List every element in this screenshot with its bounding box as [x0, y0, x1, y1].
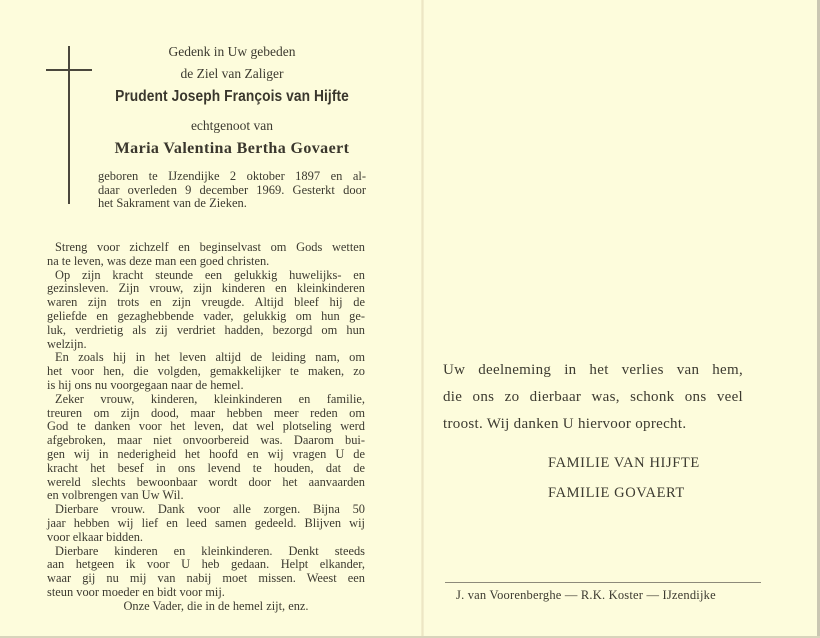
text-line: het voor hen, die volgden, gemakkelijker…: [47, 365, 365, 379]
text-line: God te danken voor het leven, dat wel pl…: [47, 420, 365, 434]
text-line: kracht het besef in ons levend te houden…: [47, 462, 365, 476]
text-line: is hij ons nu voorgegaan naar de hemel.: [47, 379, 365, 393]
spouse-of-label: echtgenoot van: [96, 118, 368, 134]
printer-credit: J. van Voorenberghe — R.K. Koster — IJze…: [456, 588, 716, 603]
text-line: gen wij in nederigheid het hoofd en wij …: [47, 448, 365, 462]
closing-prayer: Onze Vader, die in de hemel zijt, enz.: [47, 600, 365, 614]
cross-horizontal-bar: [46, 69, 92, 71]
text-line: waren zijn trots en zijn vreugde. Altijd…: [47, 296, 365, 310]
text-line: treuren om zijn dood, maar hebben meer r…: [47, 407, 365, 421]
memorial-text: Streng voor zichzelf en beginselvast om …: [47, 241, 365, 614]
text-line: na te leven, was deze man een goed chris…: [47, 255, 365, 269]
text-line: Zeker vrouw, kinderen, kleinkinderen en …: [47, 393, 365, 407]
birth-death-info: geboren te IJzendijke 2 oktober 1897 en …: [98, 170, 366, 211]
text-line: steun voor moeder en bidt voor mij.: [47, 586, 365, 600]
birth-death-line: geboren te IJzendijke 2 oktober 1897 en …: [98, 170, 366, 184]
text-line: wereld slechts bewoonbaar wordt door het…: [47, 476, 365, 490]
text-line: jaar hebben wij lief en leed samen gedee…: [47, 517, 365, 531]
text-line: aan hetgeen ik voor U heb gedaan. Helpt …: [47, 558, 365, 572]
birth-death-line: het Sakrament van de Zieken.: [98, 197, 366, 211]
birth-death-line: daar overleden 9 december 1969. Gesterkt…: [98, 184, 366, 198]
family-name-van-hijfte: FAMILIE VAN HIJFTE: [548, 455, 700, 472]
text-line: en volbrengen van Uw Wil.: [47, 489, 365, 503]
thank-you-message: Uw deelneming in het verlies van hem, di…: [443, 357, 743, 438]
text-line: waar gij nu mij van nabij moet missen. W…: [47, 572, 365, 586]
deceased-name: Prudent Joseph François van Hijfte: [115, 88, 349, 106]
thanks-line: Uw deelneming in het verlies van hem,: [443, 357, 743, 384]
prayer-request: Gedenk in Uw gebeden: [96, 44, 368, 60]
memorial-card: Gedenk in Uw gebeden de Ziel van Zaliger…: [0, 0, 820, 638]
text-line: Dierbare vrouw. Dank voor alle zorgen. B…: [47, 503, 365, 517]
family-name-govaert: FAMILIE GOVAERT: [548, 485, 685, 502]
text-line: voor elkaar bidden.: [47, 531, 365, 545]
text-line: luk, verdrietig als zij verdriet hadden,…: [47, 324, 365, 338]
text-line: Streng voor zichzelf en beginselvast om …: [47, 241, 365, 255]
text-line: Dierbare kinderen en kleinkinderen. Denk…: [47, 545, 365, 559]
soul-of-late: de Ziel van Zaliger: [96, 66, 368, 82]
divider-line: [445, 582, 761, 583]
text-line: geliefde en gezaghebbende vader, gelukki…: [47, 310, 365, 324]
text-line: welzijn.: [47, 338, 365, 352]
text-line: En zoals hij in het leven altijd de leid…: [47, 351, 365, 365]
spouse-name: Maria Valentina Bertha Govaert: [96, 140, 368, 158]
text-line: Op zijn kracht steunde een gelukkig huwe…: [47, 269, 365, 283]
text-line: afgebroken, maar niet onvoorbereid was. …: [47, 434, 365, 448]
thanks-line: die ons zo dierbaar was, schonk ons veel: [443, 384, 743, 411]
card-fold: [421, 0, 424, 638]
text-line: gezinsleven. Zijn vrouw, zijn kinderen e…: [47, 282, 365, 296]
thanks-line: troost. Wij danken U hiervoor oprecht.: [443, 411, 743, 438]
